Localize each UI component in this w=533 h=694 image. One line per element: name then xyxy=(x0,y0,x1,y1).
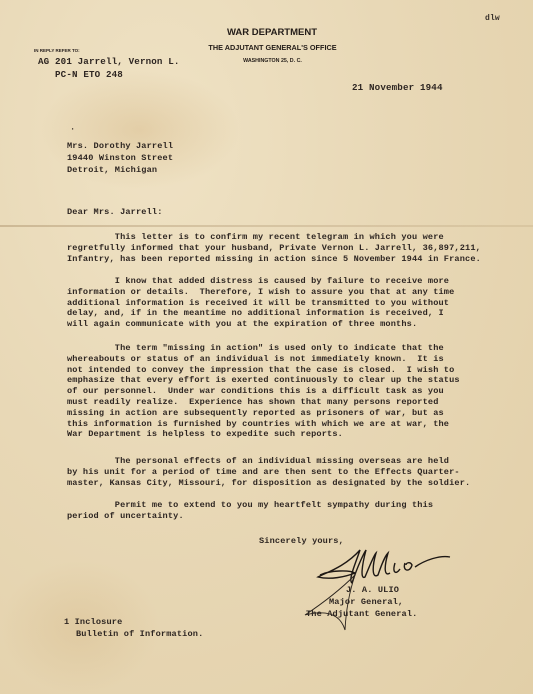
paragraph-line: information or details. Therefore, I wis… xyxy=(67,287,517,298)
paragraph-line: The term "missing in action" is used onl… xyxy=(67,343,517,354)
paragraph-line: master, Kansas City, Missouri, for dispo… xyxy=(67,478,517,489)
paragraph-line: Permit me to extend to you my heartfelt … xyxy=(67,500,517,511)
signer-title: The Adjutant General. xyxy=(306,609,417,620)
paragraph-line: will again communicate with you at the e… xyxy=(67,319,517,330)
paragraph-line: must readily realize. Experience has sho… xyxy=(67,397,517,408)
recipient-name: Mrs. Dorothy Jarrell xyxy=(67,141,173,152)
signer-rank: Major General, xyxy=(329,597,403,608)
paragraph-line: whereabouts or status of an individual i… xyxy=(67,354,517,365)
letterhead-department: WAR DEPARTMENT xyxy=(222,27,322,38)
enclosure-count: 1 Inclosure xyxy=(64,617,122,628)
recipient-street: 19440 Winston Street xyxy=(67,153,173,164)
enclosure-description: Bulletin of Information. xyxy=(76,629,203,640)
paragraph-line: period of uncertainty. xyxy=(67,511,517,522)
paragraph-2: I know that added distress is caused by … xyxy=(67,276,517,330)
paragraph-line: this information is furnished by countri… xyxy=(67,419,517,430)
recipient-city: Detroit, Michigan xyxy=(67,165,157,176)
paragraph-line: additional information is received it wi… xyxy=(67,298,517,309)
letterhead-location: WASHINGTON 25, D. C. xyxy=(225,58,320,64)
paragraph-line: Infantry, has been reported missing in a… xyxy=(67,254,517,265)
paragraph-line: delay, and, if in the meantime no additi… xyxy=(67,308,517,319)
reference-line-2: PC-N ETO 248 xyxy=(55,70,123,81)
paragraph-line: regretfully informed that your husband, … xyxy=(67,243,517,254)
paragraph-line: I know that added distress is caused by … xyxy=(67,276,517,287)
paragraph-4: The personal effects of an individual mi… xyxy=(67,456,517,488)
bullet-mark: · xyxy=(70,124,75,135)
paragraph-line: missing in action are subsequently repor… xyxy=(67,408,517,419)
paragraph-line: of our personnel. Under war conditions t… xyxy=(67,386,517,397)
paragraph-line: War Department is helpless to expedite s… xyxy=(67,429,517,440)
salutation: Dear Mrs. Jarrell: xyxy=(67,207,163,218)
letter-date: 21 November 1944 xyxy=(352,83,443,94)
typist-initials: dlw xyxy=(485,14,500,25)
reply-refer-label: IN REPLY REFER TO: xyxy=(34,48,80,53)
letterhead-office: THE ADJUTANT GENERAL'S OFFICE xyxy=(195,43,350,52)
paragraph-5: Permit me to extend to you my heartfelt … xyxy=(67,500,517,522)
signer-name: J. A. ULIO xyxy=(346,585,399,596)
paragraph-line: The personal effects of an individual mi… xyxy=(67,456,517,467)
paragraph-line: emphasize that every effort is exerted c… xyxy=(67,375,517,386)
paragraph-1: This letter is to confirm my recent tele… xyxy=(67,232,517,264)
paragraph-line: This letter is to confirm my recent tele… xyxy=(67,232,517,243)
reference-line-1: AG 201 Jarrell, Vernon L. xyxy=(38,57,180,68)
paragraph-line: not intended to convey the impression th… xyxy=(67,365,517,376)
paragraph-line: by his unit for a period of time and are… xyxy=(67,467,517,478)
paper-fold xyxy=(0,225,533,227)
paragraph-3: The term "missing in action" is used onl… xyxy=(67,343,517,440)
